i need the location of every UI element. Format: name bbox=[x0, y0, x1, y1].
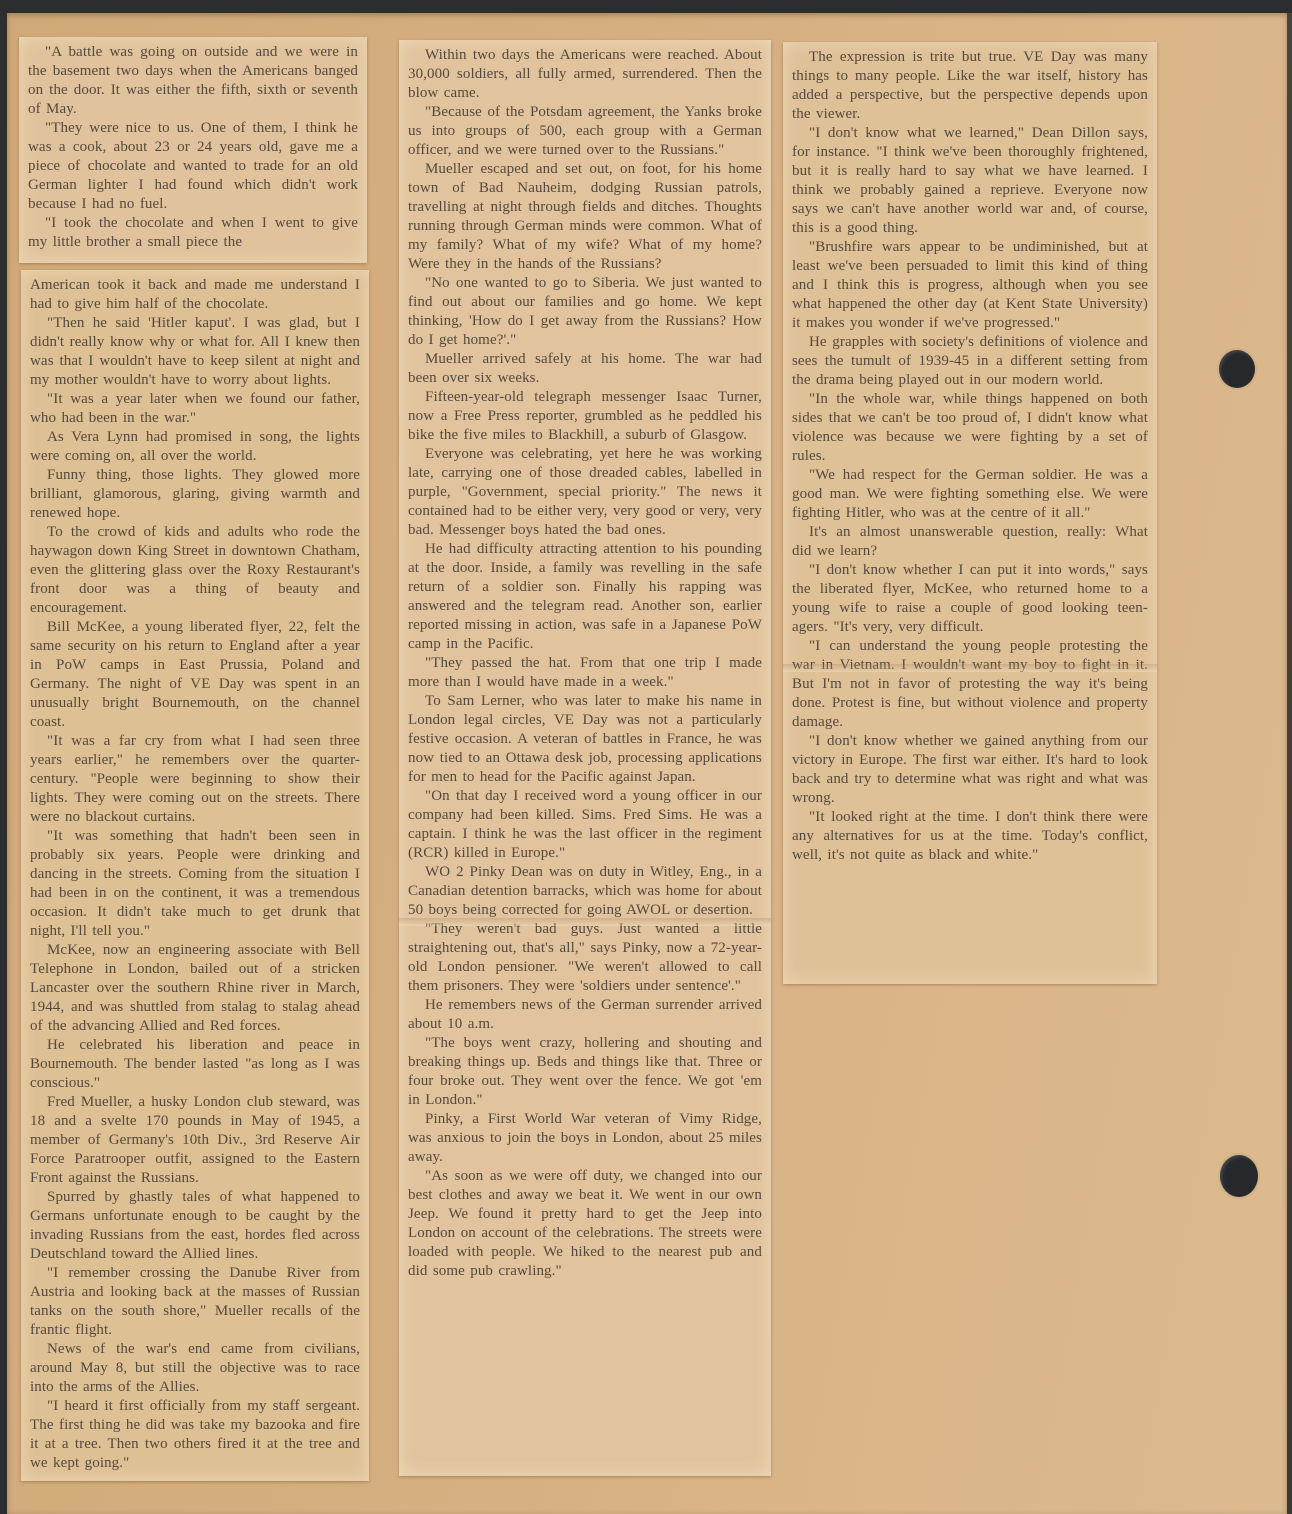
article-paragraph: American took it back and made me unders… bbox=[30, 276, 360, 314]
article-paragraph: "No one wanted to go to Siberia. We just… bbox=[408, 274, 762, 350]
article-paragraph: News of the war's end came from civilian… bbox=[30, 1340, 360, 1397]
article-paragraph: "It was something that hadn't been seen … bbox=[30, 827, 360, 941]
article-paragraph: Fred Mueller, a husky London club stewar… bbox=[30, 1093, 360, 1188]
newspaper-clipping-column2: Within two days the Americans were reach… bbox=[399, 40, 771, 1476]
article-paragraph: To Sam Lerner, who was later to make his… bbox=[408, 692, 762, 787]
article-paragraph: He remembers news of the German surrende… bbox=[408, 996, 762, 1034]
article-paragraph: "It looked right at the time. I don't th… bbox=[792, 808, 1148, 865]
article-paragraph: "A battle was going on outside and we we… bbox=[28, 43, 358, 119]
newspaper-clipping-column3: The expression is trite but true. VE Day… bbox=[783, 42, 1157, 984]
article-paragraph: "They weren't bad guys. Just wanted a li… bbox=[408, 920, 762, 996]
article-paragraph: "I don't know what we learned," Dean Dil… bbox=[792, 124, 1148, 238]
article-paragraph: He celebrated his liberation and peace i… bbox=[30, 1036, 360, 1093]
article-paragraph: McKee, now an engineering associate with… bbox=[30, 941, 360, 1036]
article-paragraph: He grapples with society's definitions o… bbox=[792, 333, 1148, 390]
article-paragraph: "I don't know whether we gained anything… bbox=[792, 732, 1148, 808]
article-paragraph: "They passed the hat. From that one trip… bbox=[408, 654, 762, 692]
article-paragraph: "We had respect for the German soldier. … bbox=[792, 466, 1148, 523]
article-paragraph: As Vera Lynn had promised in song, the l… bbox=[30, 428, 360, 466]
article-paragraph: "I heard it first officially from my sta… bbox=[30, 1397, 360, 1473]
article-paragraph: It's an almost unanswerable question, re… bbox=[792, 523, 1148, 561]
article-paragraph: "I don't know whether I can put it into … bbox=[792, 561, 1148, 637]
page-right-edge-shadow bbox=[1287, 13, 1292, 1514]
article-paragraph: "They were nice to us. One of them, I th… bbox=[28, 119, 358, 214]
article-paragraph: "As soon as we were off duty, we changed… bbox=[408, 1167, 762, 1281]
hole-punch-bottom bbox=[1220, 1155, 1258, 1197]
article-paragraph: "It was a far cry from what I had seen t… bbox=[30, 732, 360, 827]
article-paragraph: Mueller arrived safely at his home. The … bbox=[408, 350, 762, 388]
article-paragraph: To the crowd of kids and adults who rode… bbox=[30, 523, 360, 618]
article-paragraph: "On that day I received word a young off… bbox=[408, 787, 762, 863]
article-paragraph: "Brushfire wars appear to be undiminishe… bbox=[792, 238, 1148, 333]
article-paragraph: Funny thing, those lights. They glowed m… bbox=[30, 466, 360, 523]
article-paragraph: "Then he said 'Hitler kaput'. I was glad… bbox=[30, 314, 360, 390]
newspaper-clipping-column1-main: American took it back and made me unders… bbox=[21, 270, 369, 1481]
article-paragraph: "I can understand the young people prote… bbox=[792, 637, 1148, 732]
article-paragraph: "It was a year later when we found our f… bbox=[30, 390, 360, 428]
article-paragraph: Everyone was celebrating, yet here he wa… bbox=[408, 445, 762, 540]
article-paragraph: "I took the chocolate and when I went to… bbox=[28, 214, 358, 252]
article-paragraph: "I remember crossing the Danube River fr… bbox=[30, 1264, 360, 1340]
article-paragraph: Fifteen-year-old telegraph messenger Isa… bbox=[408, 388, 762, 445]
article-paragraph: Spurred by ghastly tales of what happene… bbox=[30, 1188, 360, 1264]
scrapbook-page: "A battle was going on outside and we we… bbox=[7, 13, 1287, 1514]
article-paragraph: "In the whole war, while things happened… bbox=[792, 390, 1148, 466]
article-paragraph: "The boys went crazy, hollering and shou… bbox=[408, 1034, 762, 1110]
article-paragraph: "Because of the Potsdam agreement, the Y… bbox=[408, 103, 762, 160]
hole-punch-top bbox=[1219, 350, 1255, 388]
article-paragraph: Mueller escaped and set out, on foot, fo… bbox=[408, 160, 762, 274]
newspaper-clipping-column1-top: "A battle was going on outside and we we… bbox=[19, 37, 367, 263]
article-paragraph: He had difficulty attracting attention t… bbox=[408, 540, 762, 654]
article-paragraph: Within two days the Americans were reach… bbox=[408, 46, 762, 103]
article-paragraph: WO 2 Pinky Dean was on duty in Witley, E… bbox=[408, 863, 762, 920]
article-paragraph: Pinky, a First World War veteran of Vimy… bbox=[408, 1110, 762, 1167]
article-paragraph: Bill McKee, a young liberated flyer, 22,… bbox=[30, 618, 360, 732]
article-paragraph: The expression is trite but true. VE Day… bbox=[792, 48, 1148, 124]
